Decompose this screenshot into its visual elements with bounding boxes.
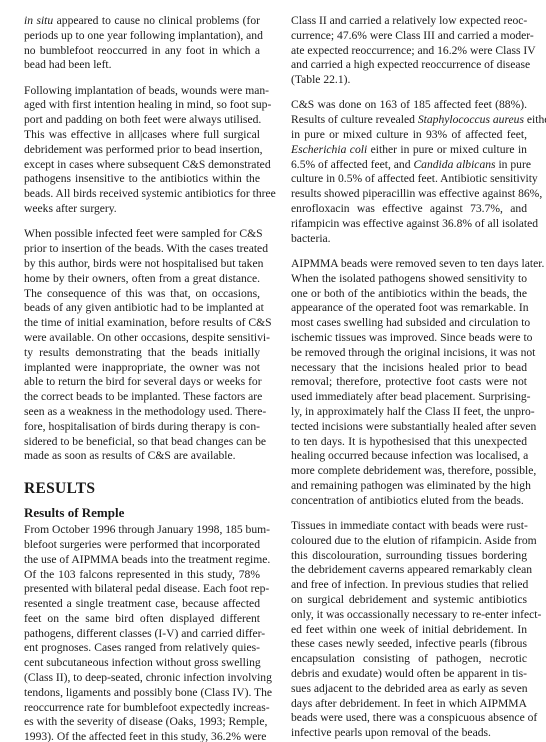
text-line: sues adjacent to the debrided area as ea… — [291, 682, 527, 697]
text-line: prior to insertion of the beads. With th… — [24, 242, 260, 257]
text-line: ly, in approximately half the Class II f… — [291, 405, 527, 420]
text-line: days after debridement. In feet in which… — [291, 697, 527, 712]
text-line: From October 1996 through January 1998, … — [24, 523, 260, 538]
text-line: coloured due to the elution of rifampici… — [291, 534, 527, 549]
text-line: bacteria. — [291, 232, 527, 247]
text-line: aged with first intention healing in min… — [24, 98, 260, 113]
text-line: es with the severity of disease (Oaks, 1… — [24, 715, 260, 730]
text-line: used immediately after bead placement. S… — [291, 390, 527, 405]
text-line: feet on the same bird often displayed di… — [24, 612, 260, 627]
text-line: port and padding on both feet were alway… — [24, 113, 260, 128]
text-line: these cases newly seeded, infective pear… — [291, 637, 527, 652]
paragraph-class-distribution: Class II and carried a relatively low ex… — [291, 14, 527, 88]
text-line: the use of AIPMMA beads into the treatme… — [24, 553, 260, 568]
text-line: on surgical debridement and systemic ant… — [291, 593, 527, 608]
text-line: beads. All birds received systemic antib… — [24, 187, 260, 202]
italic-term: in situ — [24, 14, 53, 27]
text-line: healing occurred because infection was l… — [291, 449, 527, 464]
text-line: The consequence of this was that, on occ… — [24, 287, 260, 302]
italic-term: Candida albicans — [413, 158, 495, 171]
paragraph-sampling: When possible infected feet were sampled… — [24, 227, 260, 464]
text-line: and carried a high expected reoccurrence… — [291, 58, 527, 73]
text-line: Of the 103 falcons represented in this s… — [24, 568, 260, 583]
text-line: more complete debridement was, therefore… — [291, 464, 527, 479]
text-line: AIPMMA beads were removed seven to ten d… — [291, 257, 527, 272]
paragraph-bead-removal: AIPMMA beads were removed seven to ten d… — [291, 257, 527, 509]
text-line: ed feet within one week of initial debri… — [291, 623, 527, 638]
text-line: necessary that the incisions healed prio… — [291, 361, 527, 376]
text-line: pathogens insensitive to the antibiotics… — [24, 172, 260, 187]
text-line: culture in 0.5% of affected feet. Antibi… — [291, 172, 527, 187]
text-line: were available. On other occasions, desp… — [24, 331, 260, 346]
text-line: in pure or mixed culture in 93% of affec… — [291, 128, 527, 143]
italic-term: Staphylococcus aureus — [418, 113, 524, 126]
left-column: in situ appeared to cause no clinical pr… — [24, 14, 260, 742]
paragraph-results: From October 1996 through January 1998, … — [24, 523, 260, 742]
text-line: Results of culture revealed Staphylococc… — [291, 113, 527, 128]
text-line: the time of initial examination, before … — [24, 316, 260, 331]
text-line: bead had been left. — [24, 58, 260, 73]
text-line: encapsulation consisting of pathogen, ne… — [291, 652, 527, 667]
text-line: C&S was done on 163 of 185 affected feet… — [291, 98, 527, 113]
text-line: removal; therefore, protective foot cast… — [291, 375, 527, 390]
text-line: able to return the bird for several days… — [24, 375, 260, 390]
text-line: results showed piperacillin was effectiv… — [291, 187, 527, 202]
text-line: presented with bilateral pedal disease. … — [24, 582, 260, 597]
text-line: the debridement caverns appeared remarka… — [291, 563, 527, 578]
text-line: 6.5% of affected feet, and Candida albic… — [291, 158, 527, 173]
paragraph-tissue-observations: Tissues in immediate contact with beads … — [291, 519, 527, 741]
text-line: by this author, birds were not hospitali… — [24, 257, 260, 272]
text-line: home by their owners, often from a great… — [24, 272, 260, 287]
text-line: currence; 47.6% were Class III and carri… — [291, 29, 527, 44]
text-span: in pure — [496, 158, 531, 171]
text-line: Class II and carried a relatively low ex… — [291, 14, 527, 29]
subheading-results-of-remple: Results of Remple — [24, 503, 260, 523]
text-line: ty results demonstrating that the beads … — [24, 346, 260, 361]
text-span: appeared to cause no clinical problems (… — [53, 14, 260, 27]
text-line: blefoot surgeries were performed that in… — [24, 538, 260, 553]
right-column: Class II and carried a relatively low ex… — [291, 14, 527, 741]
text-line: concentration of antibiotics eluted from… — [291, 494, 527, 509]
text-line: This was effective in all|cases where fu… — [24, 128, 260, 143]
text-span: either in pure or mixed culture in — [367, 143, 527, 156]
text-line: debridement was performed prior to bead … — [24, 143, 260, 158]
text-line: except in cases where subsequent C&S dem… — [24, 158, 260, 173]
text-line: pathogens, different classes (I-V) and c… — [24, 627, 260, 642]
text-line: weeks after surgery. — [24, 202, 260, 217]
text-line: most cases swelling had subsided and cir… — [291, 316, 527, 331]
text-line: implanted were inappropriate, the owner … — [24, 361, 260, 376]
text-line: reoccurrence rate for bumblefoot expecte… — [24, 701, 260, 716]
text-line: Following implantation of beads, wounds … — [24, 84, 260, 99]
text-line: debris and exudate) would often be appar… — [291, 667, 527, 682]
paragraph-wound-management: Following implantation of beads, wounds … — [24, 84, 260, 217]
paragraph-culture-results: C&S was done on 163 of 185 affected feet… — [291, 98, 527, 246]
text-line: fore, hospitalisation of birds during th… — [24, 420, 260, 435]
text-line: in situ appeared to cause no clinical pr… — [24, 14, 260, 29]
text-line: one or both of the antibiotics within th… — [291, 287, 527, 302]
text-line: ischemic tissues was improved. Since bea… — [291, 331, 527, 346]
text-line: periods up to one year following implant… — [24, 29, 260, 44]
text-line: beads were used, there was a conspicuous… — [291, 711, 527, 726]
text-line: rifampicin was effective against 36.8% o… — [291, 217, 527, 232]
text-line: cent subcutaneous infection without gros… — [24, 656, 260, 671]
text-span: 6.5% of affected feet, and — [291, 158, 413, 171]
text-line: beads of any given antibiotic had to be … — [24, 301, 260, 316]
text-line: made as soon as results of C&S are avail… — [24, 449, 260, 464]
text-line: to ten days. It is hypothesised that thi… — [291, 435, 527, 450]
text-line: ent prognoses. Cases ranged from relativ… — [24, 641, 260, 656]
text-line: enrofloxacin was effective against 73.7%… — [291, 202, 527, 217]
text-line: only, it was occassionally necessary to … — [291, 608, 527, 623]
text-line: tendons, ligaments and possibly bone (Cl… — [24, 686, 260, 701]
italic-term: Escherichia coli — [291, 143, 367, 156]
paragraph-in-situ: in situ appeared to cause no clinical pr… — [24, 14, 260, 73]
text-line: (Table 22.1). — [291, 73, 527, 88]
text-line: 1993). Of the affected feet in this stud… — [24, 730, 260, 742]
text-line: this discolouration, surrounding tissues… — [291, 549, 527, 564]
text-line: be removed through the original incision… — [291, 346, 527, 361]
text-line: the correct beads to be implanted. These… — [24, 390, 260, 405]
text-line: and remaining pathogen was eliminated by… — [291, 479, 527, 494]
text-line: ate expected reoccurrence; and 16.2% wer… — [291, 44, 527, 59]
text-line: appearance of the operated foot was rema… — [291, 301, 527, 316]
text-line: seen as a weakness in the methodology us… — [24, 405, 260, 420]
text-line: sidered to be beneficial, so that bead c… — [24, 435, 260, 450]
text-line: infective pearls upon removal of the bea… — [291, 726, 527, 741]
text-line: tected incisions were substantially heal… — [291, 420, 527, 435]
text-line: resented a single treatment case, becaus… — [24, 597, 260, 612]
text-line: When the isolated pathogens showed sensi… — [291, 272, 527, 287]
text-line: Escherichia coli either in pure or mixed… — [291, 143, 527, 158]
text-span: either — [524, 113, 546, 126]
text-line: and free of infection. In previous studi… — [291, 578, 527, 593]
section-heading-results: RESULTS — [24, 478, 260, 500]
text-line: When possible infected feet were sampled… — [24, 227, 260, 242]
text-line: (Class II), to deep-seated, chronic infe… — [24, 671, 260, 686]
text-line: no bumblefoot reoccurred in any foot in … — [24, 44, 260, 59]
text-line: Tissues in immediate contact with beads … — [291, 519, 527, 534]
text-span: Results of culture revealed — [291, 113, 418, 126]
